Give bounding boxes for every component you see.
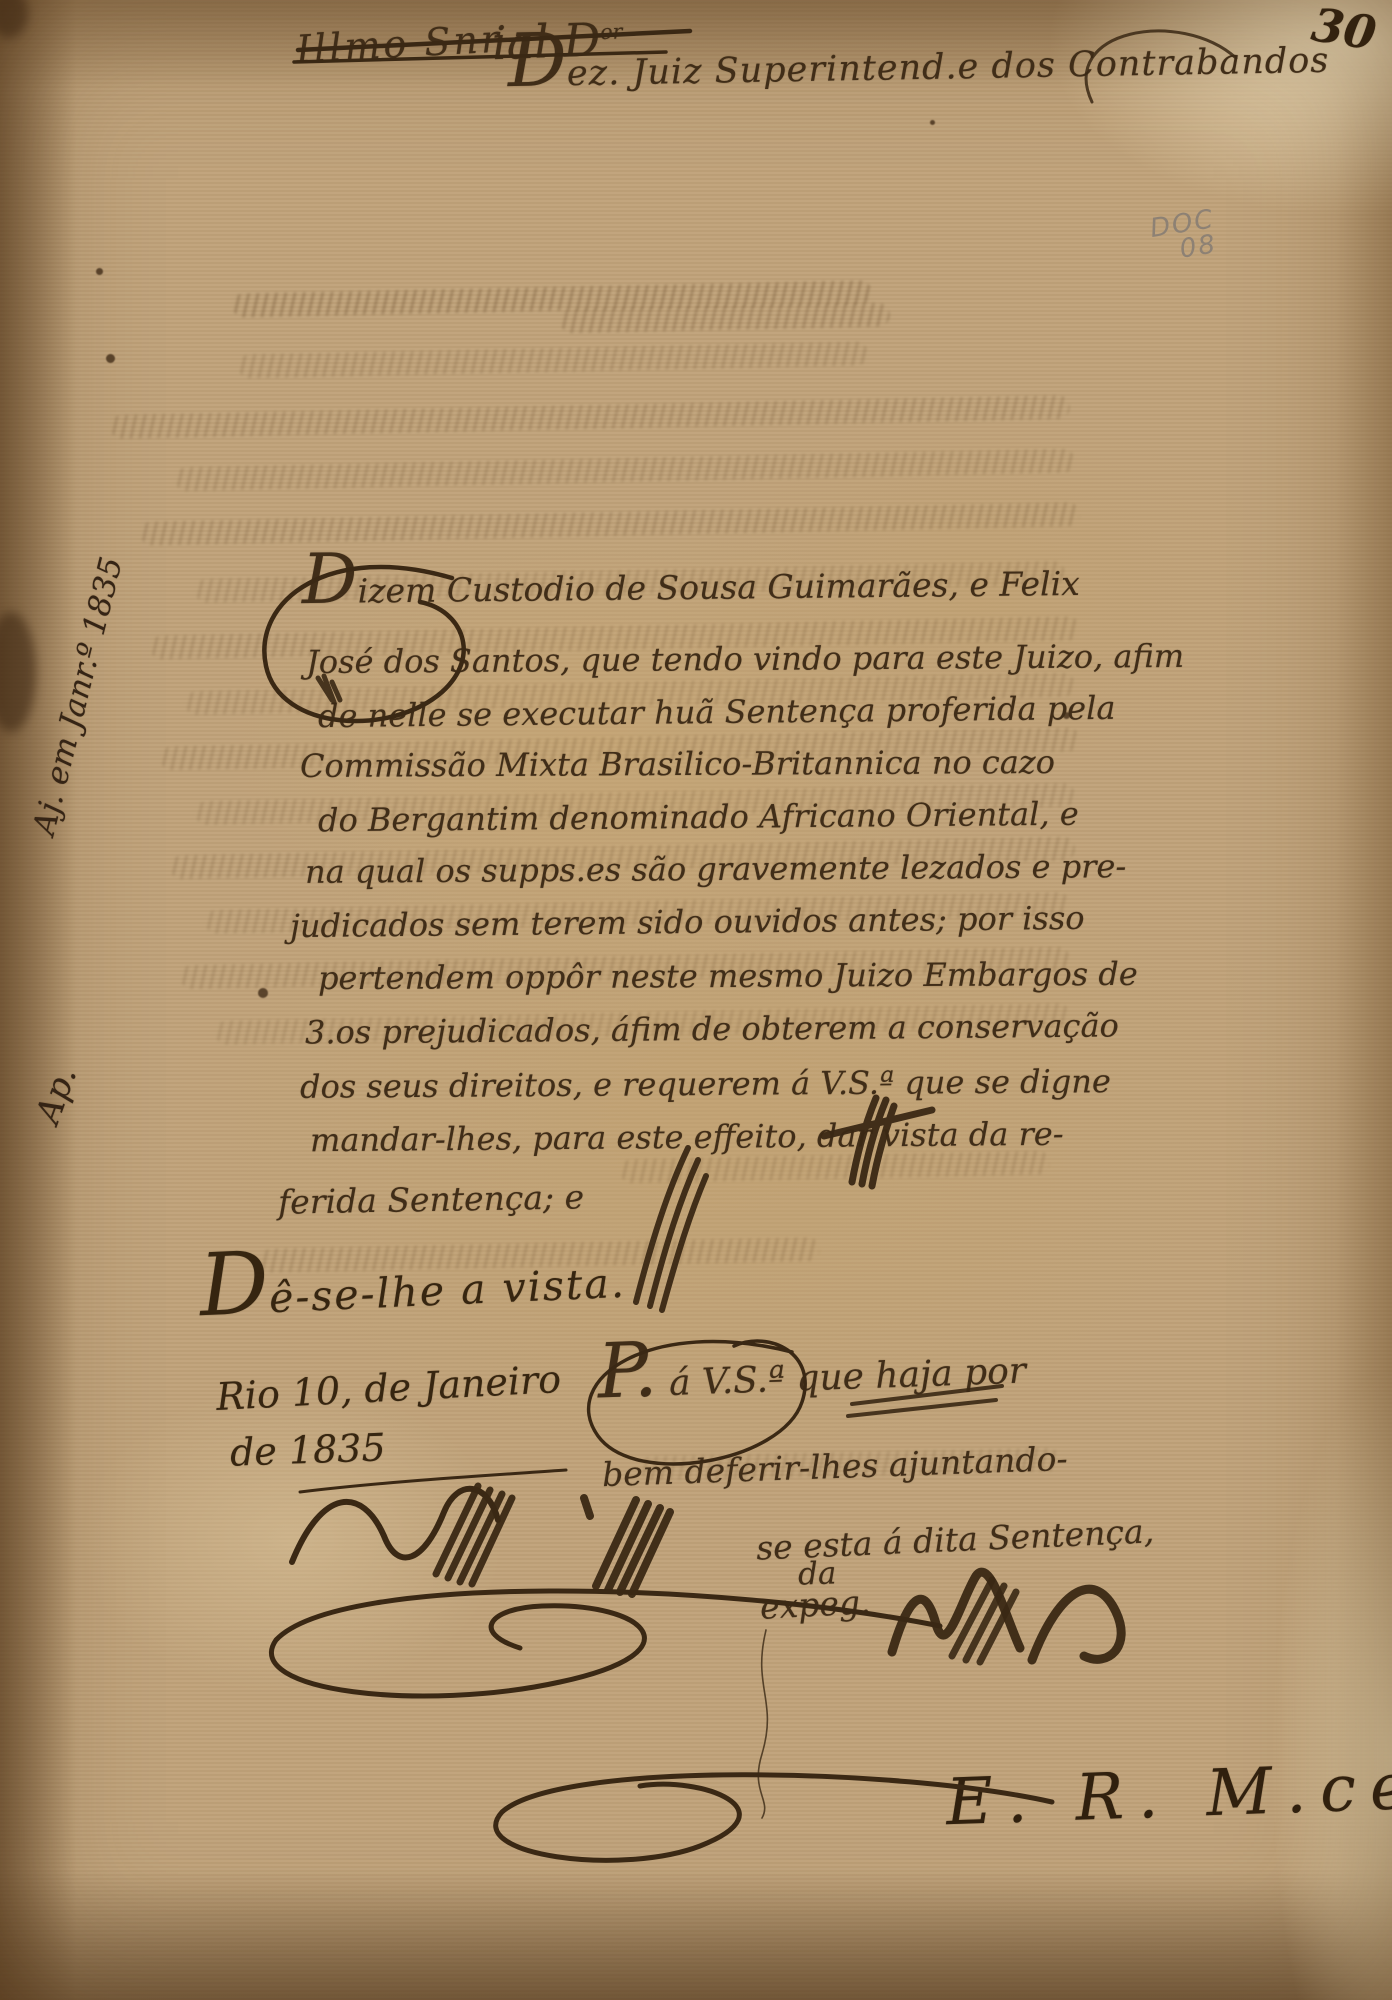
bleedthrough-band <box>140 502 1080 546</box>
ink-spot <box>930 120 935 125</box>
bleedthrough-band <box>238 341 868 378</box>
ink-blot-strokes <box>584 1498 670 1594</box>
body-line: 3.os prejudicados, áfim de obterem a con… <box>305 1006 1119 1051</box>
date-underline <box>300 1470 566 1492</box>
pedido-line: bem deferir-lhes ajuntando- <box>601 1439 1068 1494</box>
ink-spot <box>258 988 268 998</box>
ink-blot-strokes <box>892 1572 1121 1660</box>
crossed-out-salutation: Illmo Snr <box>295 17 503 72</box>
addressee-superscript: or <box>600 19 623 44</box>
margin-paraph: Ap. <box>28 1061 85 1128</box>
closing-formula: E. R. M.ce <box>945 1750 1392 1841</box>
judge-rubric-hatch <box>436 1486 512 1584</box>
ink-smudge <box>0 612 36 732</box>
body-line: José dos Santos, que tendo vindo para es… <box>306 637 1184 681</box>
ink-spot <box>96 268 103 275</box>
body-line: pertendem oppôr neste mesmo Juizo Embarg… <box>318 955 1138 997</box>
pencil-doc-number: 08 <box>1178 232 1220 262</box>
body-line: Commissão Mixta Brasilico-Britannica no … <box>300 743 1055 785</box>
ink-smudge <box>0 0 28 38</box>
pedido-line: P. á V.S.ª que haja por <box>597 1351 1026 1407</box>
pencil-doc-note: DOC 08 <box>1149 207 1221 266</box>
body-line: na qual os supps.es são gravemente lezad… <box>305 847 1126 891</box>
despacho-place-date: Rio 10, de Janeiro <box>215 1357 562 1419</box>
bleedthrough-band <box>175 449 1075 492</box>
ink-spot <box>106 354 115 363</box>
despacho-text: Dê-se-lhe a vista. <box>199 1259 627 1326</box>
body-line: do Bergantim denominado Africano Orienta… <box>318 795 1079 840</box>
bleedthrough-band <box>110 395 1070 439</box>
pen-hairline <box>758 1630 767 1818</box>
body-line: ferida Sentença; e <box>278 1177 585 1221</box>
despacho-year: de 1835 <box>229 1425 386 1474</box>
pedido-line: expeg. <box>759 1582 871 1627</box>
body-line: Dizem Custodio de Sousa Guimarães, e Fel… <box>302 564 1080 611</box>
body-line: mandar-lhes, para este effeito, dar vist… <box>310 1115 1064 1160</box>
manuscript-page: 30 DOC 08 Illmo Snr ial Dor Dez. Juiz Su… <box>0 0 1392 2000</box>
body-line: dos seus direitos, e requerem á V.S.ª qu… <box>300 1062 1111 1106</box>
body-line: judicados sem terem sido ouvidos antes; … <box>290 899 1085 945</box>
judge-rubric <box>292 1489 498 1562</box>
addressee-title: Dez. Juiz Superintend.e dos Contrabandos <box>508 41 1330 95</box>
ink-blot-hatch <box>952 1580 1016 1662</box>
